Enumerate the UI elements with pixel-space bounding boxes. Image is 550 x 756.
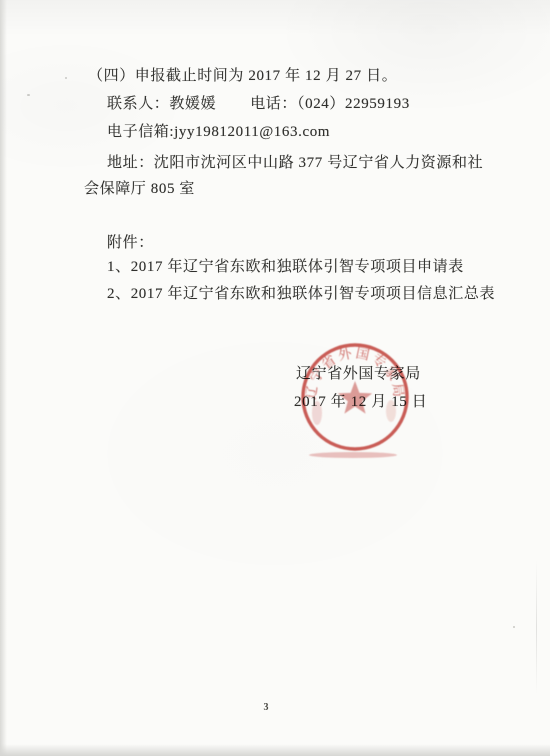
signature-organization: 辽宁省外国专家局 bbox=[296, 364, 421, 384]
scan-speck bbox=[65, 77, 67, 79]
attachment-item-1: 1、2017 年辽宁省东欧和独联体引智专项项目申请表 bbox=[107, 257, 464, 277]
signature-date: 2017 年 12 月 15 日 bbox=[294, 392, 427, 412]
scan-speck bbox=[513, 626, 515, 628]
spacer bbox=[216, 94, 250, 114]
address-line-2: 会保障厅 805 室 bbox=[84, 179, 195, 199]
email-line: 电子信箱:jyy19812011@163.com bbox=[107, 122, 330, 142]
scan-speck bbox=[27, 94, 30, 96]
attachment-item-2: 2、2017 年辽宁省东欧和独联体引智专项项目信息汇总表 bbox=[107, 284, 495, 304]
scan-edge-top bbox=[0, 0, 550, 36]
paper-crease bbox=[536, 560, 537, 695]
scanned-document-page: （四）申报截止时间为 2017 年 12 月 27 日。 联系人：教媛媛 电话：… bbox=[0, 0, 550, 756]
contact-phone: 电话：（024）22959193 bbox=[250, 94, 410, 114]
attachments-heading: 附件： bbox=[107, 233, 154, 253]
page-number: 3 bbox=[254, 698, 278, 718]
scan-edge-left bbox=[0, 0, 7, 756]
scan-edge-bottom bbox=[0, 744, 550, 756]
contact-name: 联系人：教媛媛 bbox=[107, 94, 216, 114]
contact-line: 联系人：教媛媛 电话：（024）22959193 bbox=[107, 94, 410, 114]
address-line-1: 地址：沈阳市沈河区中山路 377 号辽宁省人力资源和社 bbox=[107, 153, 483, 173]
deadline-line: （四）申报截止时间为 2017 年 12 月 27 日。 bbox=[88, 66, 397, 86]
seal-ink-smudge bbox=[309, 452, 397, 458]
